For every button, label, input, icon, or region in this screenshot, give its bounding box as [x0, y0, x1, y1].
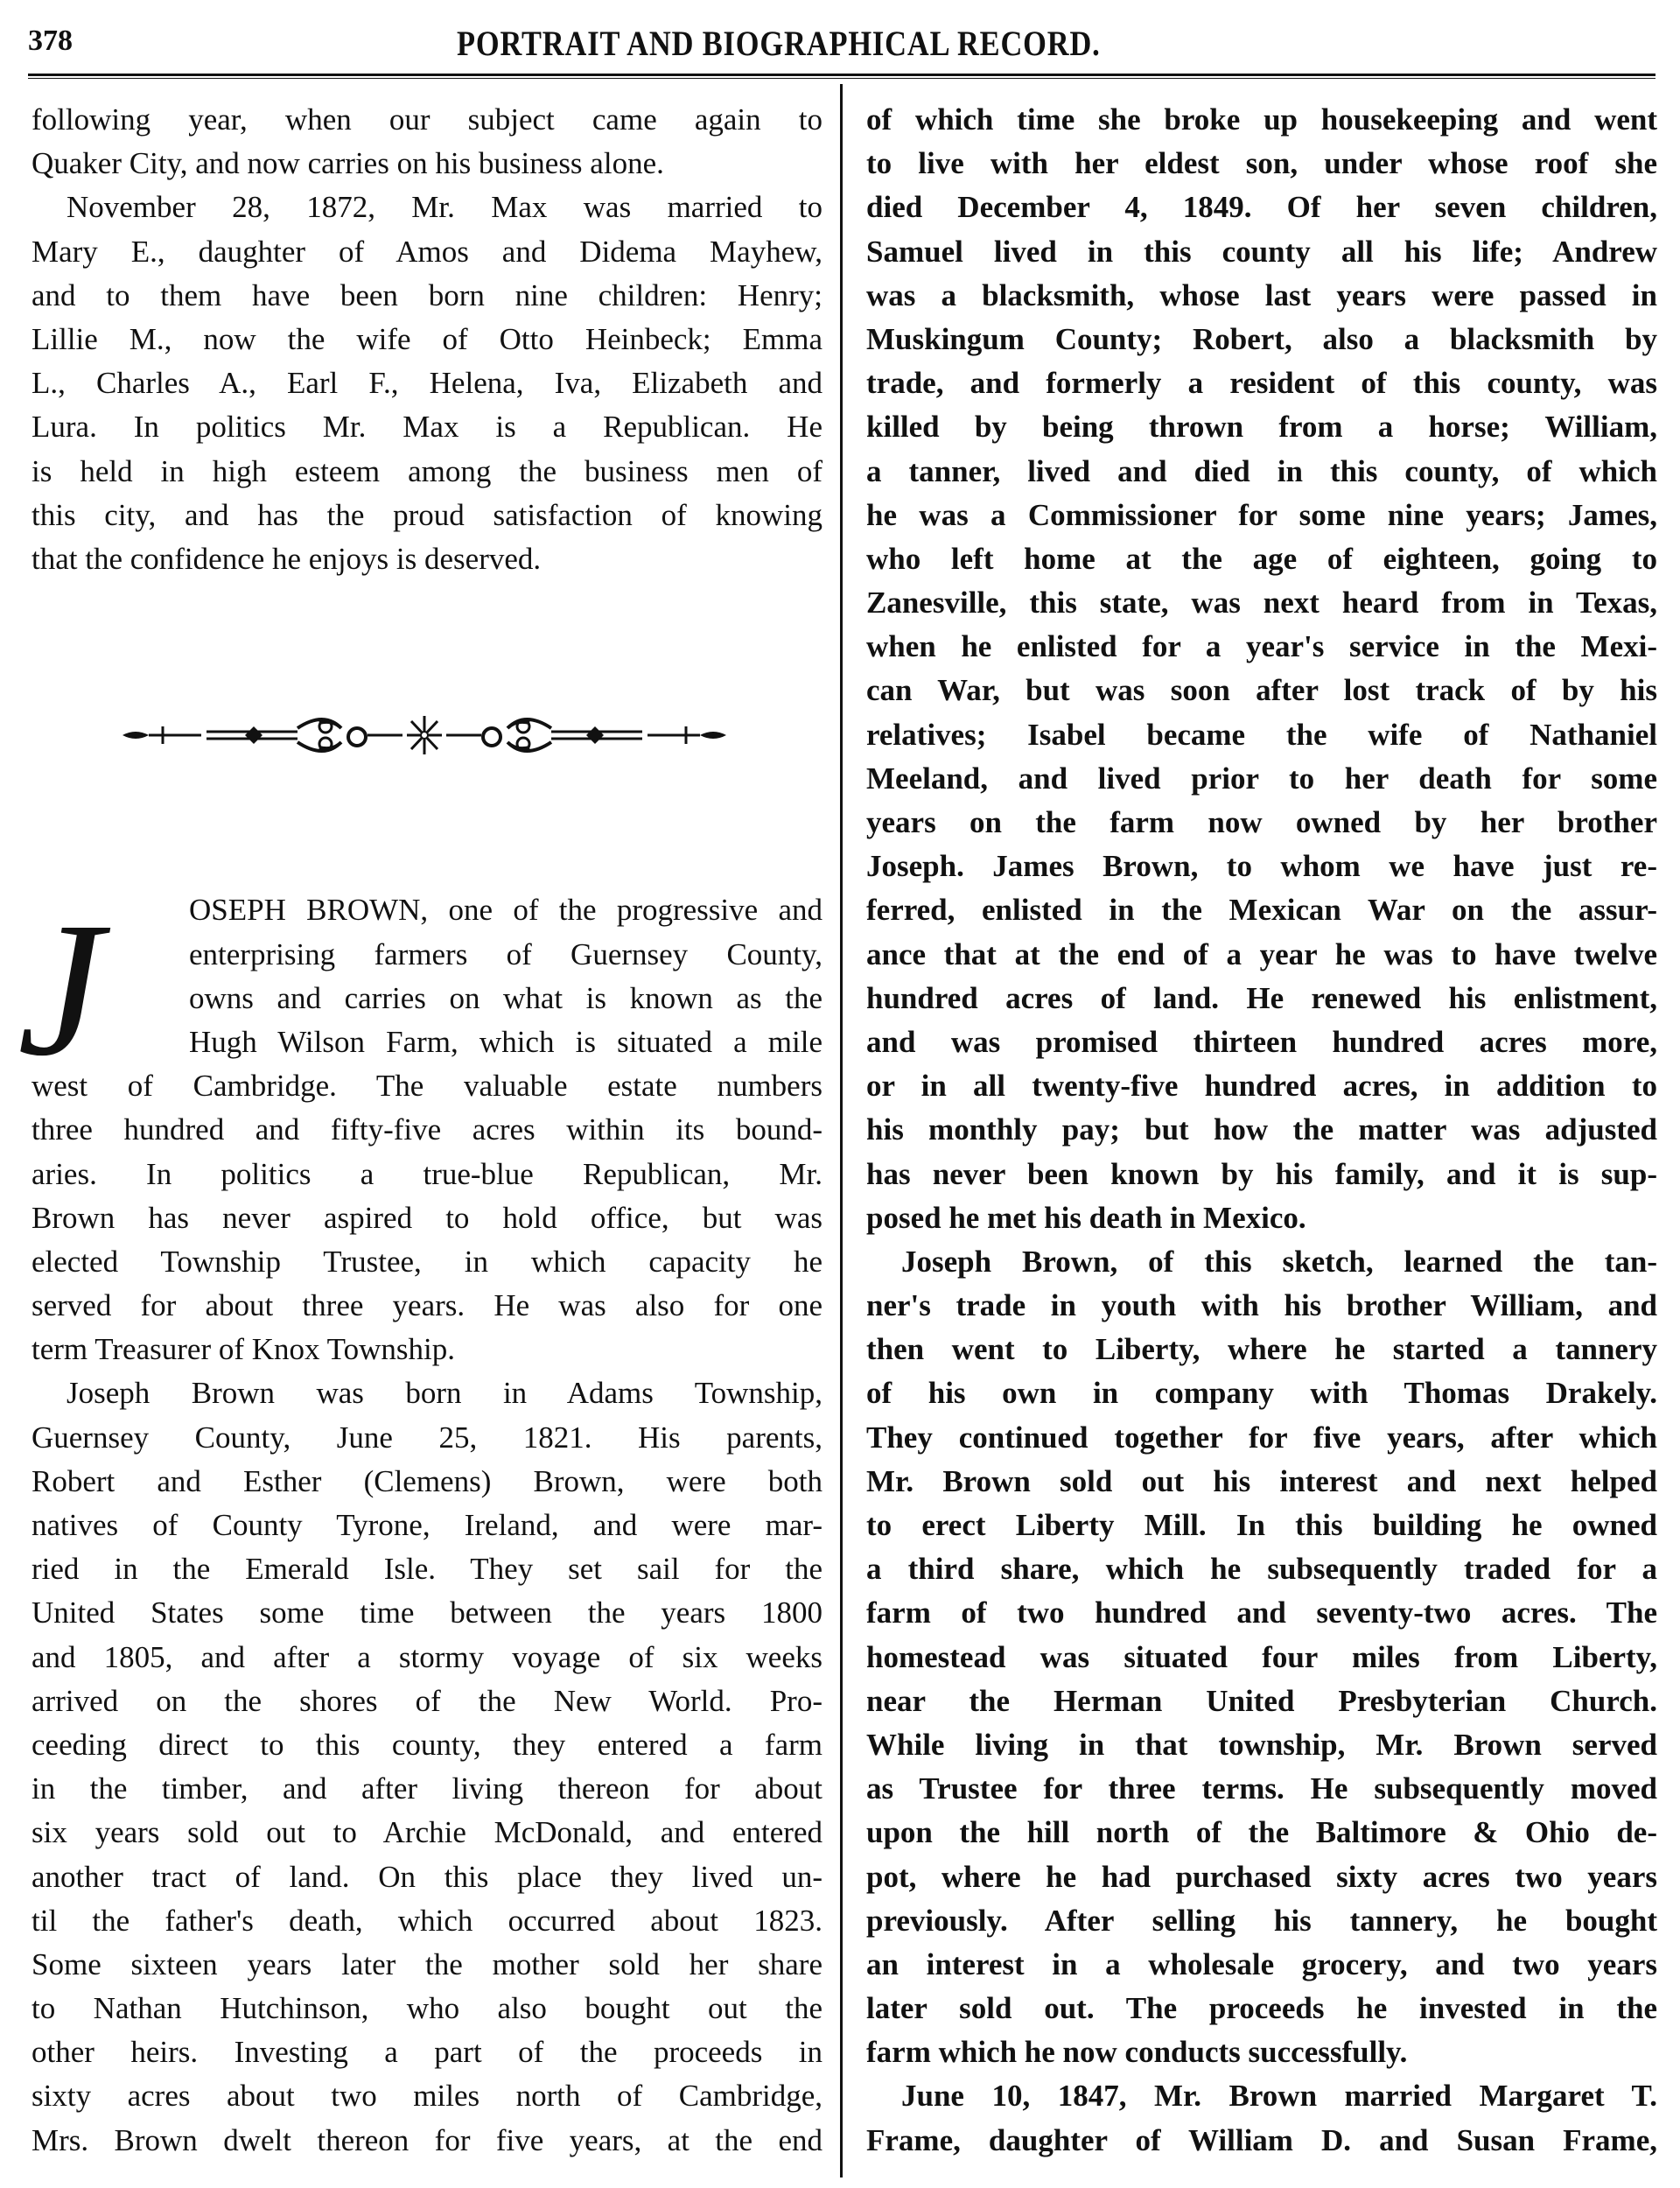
header-rule [28, 74, 1655, 76]
text-line: as Trustee for three terms. He subsequen… [866, 1767, 1657, 1811]
page-header: 378 PORTRAIT AND BIOGRAPHICAL RECORD. [28, 16, 1655, 65]
text-line: west of Cambridge. The valuable estate n… [31, 1064, 822, 1108]
paragraph-children: of which time she broke up housekeeping … [866, 98, 1657, 1240]
text-line: United States some time between the year… [31, 1591, 822, 1635]
text-line: natives of County Tyrone, Ireland, and w… [31, 1504, 822, 1547]
text-line: Brown has never aspired to hold office, … [31, 1196, 822, 1240]
text-line: has never been known by his family, and … [866, 1153, 1657, 1196]
spacer [31, 625, 822, 669]
text-line: he was a Commissioner for some nine year… [866, 494, 1657, 537]
text-line: ner's trade in youth with his brother Wi… [866, 1284, 1657, 1328]
running-title: PORTRAIT AND BIOGRAPHICAL RECORD. [457, 23, 1101, 64]
right-column: of which time she broke up housekeeping … [866, 98, 1657, 2163]
text-line: to live with her eldest son, under whose… [866, 142, 1657, 186]
text-line: L., Charles A., Earl F., Helena, Iva, El… [31, 361, 822, 405]
text-line: June 10, 1847, Mr. Brown married Margare… [866, 2074, 1657, 2118]
text-line: homestead was situated four miles from L… [866, 1636, 1657, 1680]
spacer [31, 801, 822, 845]
text-line: sixty acres about two miles north of Cam… [31, 2074, 822, 2118]
text-line: can War, but was soon after lost track o… [866, 669, 1657, 712]
text-line: or in all twenty-five hundred acres, in … [866, 1064, 1657, 1108]
text-line: til the father's death, which occurred a… [31, 1899, 822, 1943]
text-line: Lura. In politics Mr. Max is a Republica… [31, 405, 822, 449]
text-line: arrived on the shores of the New World. … [31, 1680, 822, 1723]
text-line: six years sold out to Archie McDonald, a… [31, 1811, 822, 1855]
text-line: Guernsey County, June 25, 1821. His pare… [31, 1416, 822, 1460]
text-line: Mr. Brown sold out his interest and next… [866, 1460, 1657, 1504]
spacer [31, 669, 822, 712]
text-line: pot, where he had purchased sixty acres … [866, 1855, 1657, 1899]
text-line: Robert and Esther (Clemens) Brown, were … [31, 1460, 822, 1504]
text-line: Joseph Brown, of this sketch, learned th… [866, 1240, 1657, 1284]
text-line: an interest in a wholesale grocery, and … [866, 1943, 1657, 1987]
text-line: farm which he now conducts successfully. [866, 2030, 1657, 2074]
text-line: November 28, 1872, Mr. Max was married t… [31, 186, 822, 229]
text-line: They continued together for five years, … [866, 1416, 1657, 1460]
text-line: this city, and has the proud satisfactio… [31, 494, 822, 537]
text-line: served for about three years. He was als… [31, 1284, 822, 1328]
text-line: and was promised thirteen hundred acres … [866, 1020, 1657, 1064]
text-line: when he enlisted for a year's service in… [866, 625, 1657, 669]
text-line: ance that at the end of a year he was to… [866, 933, 1657, 977]
text-line: of his own in company with Thomas Drakel… [866, 1371, 1657, 1415]
spacer [31, 581, 822, 625]
text-line: Muskingum County; Robert, also a blacksm… [866, 318, 1657, 361]
page-number: 378 [28, 25, 73, 58]
text-line: and 1805, and after a stormy voyage of s… [31, 1636, 822, 1680]
text-line: term Treasurer of Knox Township. [31, 1328, 822, 1371]
text-line: later sold out. The proceeds he invested… [866, 1987, 1657, 2030]
header-rule-thin [28, 78, 1655, 79]
text-line: Meeland, and lived prior to her death fo… [866, 757, 1657, 801]
paragraph-max-marriage: November 28, 1872, Mr. Max was married t… [31, 186, 822, 581]
paragraph-career: Joseph Brown, of this sketch, learned th… [866, 1240, 1657, 2075]
text-line: OSEPH BROWN, one of the progressive and [31, 888, 822, 932]
text-line: ried in the Emerald Isle. They set sail … [31, 1547, 822, 1591]
text-line: to erect Liberty Mill. In this building … [866, 1504, 1657, 1547]
text-line: that the confidence he enjoys is deserve… [31, 537, 822, 581]
text-line: Mary E., daughter of Amos and Didema May… [31, 230, 822, 274]
text-line: his monthly pay; but how the matter was … [866, 1108, 1657, 1152]
paragraph-marriage: June 10, 1847, Mr. Brown married Margare… [866, 2074, 1657, 2162]
text-line: Samuel lived in this county all his life… [866, 230, 1657, 274]
column-divider [840, 84, 843, 2177]
text-line: trade, and formerly a resident of this c… [866, 361, 1657, 405]
text-line: died December 4, 1849. Of her seven chil… [866, 186, 1657, 229]
spacer [31, 757, 822, 801]
text-line: farm of two hundred and seventy-two acre… [866, 1591, 1657, 1635]
text-line: owns and carries on what is known as the [31, 977, 822, 1020]
text-line: is held in high esteem among the busines… [31, 450, 822, 494]
text-line: Quaker City, and now carries on his busi… [31, 142, 822, 186]
text-line: Mrs. Brown dwelt thereon for five years,… [31, 2119, 822, 2163]
text-line: years on the farm now owned by her broth… [866, 801, 1657, 845]
text-line: elected Township Trustee, in which capac… [31, 1240, 822, 1284]
text-line: posed he met his death in Mexico. [866, 1196, 1657, 1240]
text-line: ceeding direct to this county, they ente… [31, 1723, 822, 1767]
text-line: killed by being thrown from a horse; Wil… [866, 405, 1657, 449]
text-line: While living in that township, Mr. Brown… [866, 1723, 1657, 1767]
text-line: near the Herman United Presbyterian Chur… [866, 1680, 1657, 1723]
text-line: Hugh Wilson Farm, which is situated a mi… [31, 1020, 822, 1064]
paragraph-birth: Joseph Brown was born in Adams Township,… [31, 1371, 822, 2162]
text-line: Zanesville, this state, was next heard f… [866, 581, 1657, 625]
text-line: who left home at the age of eighteen, go… [866, 537, 1657, 581]
left-column: following year, when our subject came ag… [31, 98, 822, 2163]
text-line: to Nathan Hutchinson, who also bought ou… [31, 1987, 822, 2030]
spacer [31, 845, 822, 888]
text-line: was a blacksmith, whose last years were … [866, 274, 1657, 318]
drop-cap-letter: J [17, 893, 103, 1085]
text-line: relatives; Isabel became the wife of Nat… [866, 713, 1657, 757]
text-line: previously. After selling his tannery, h… [866, 1899, 1657, 1943]
paragraph-biography-intro: OSEPH BROWN, one of the progressive and … [31, 888, 822, 1371]
text-line: following year, when our subject came ag… [31, 98, 822, 142]
text-line: ferred, enlisted in the Mexican War on t… [866, 888, 1657, 932]
text-line: Some sixteen years later the mother sold… [31, 1943, 822, 1987]
text-line: of which time she broke up housekeeping … [866, 98, 1657, 142]
paragraph-continuation: following year, when our subject came ag… [31, 98, 822, 186]
text-line: Lillie M., now the wife of Otto Heinbeck… [31, 318, 822, 361]
text-line: Frame, daughter of William D. and Susan … [866, 2119, 1657, 2163]
text-line: other heirs. Investing a part of the pro… [31, 2030, 822, 2074]
text-line: enterprising farmers of Guernsey County, [31, 933, 822, 977]
text-line: Joseph. James Brown, to whom we have jus… [866, 845, 1657, 888]
text-line: then went to Liberty, where he started a… [866, 1328, 1657, 1371]
decorative-divider-icon [122, 711, 726, 760]
text-line: another tract of land. On this place the… [31, 1855, 822, 1899]
text-line: three hundred and fifty-five acres withi… [31, 1108, 822, 1152]
text-line: a tanner, lived and died in this county,… [866, 450, 1657, 494]
text-line: in the timber, and after living thereon … [31, 1767, 822, 1811]
text-line: and to them have been born nine children… [31, 274, 822, 318]
text-line: a third share, which he subsequently tra… [866, 1547, 1657, 1591]
text-line: upon the hill north of the Baltimore & O… [866, 1811, 1657, 1855]
text-line: Joseph Brown was born in Adams Township, [31, 1371, 822, 1415]
text-line: hundred acres of land. He renewed his en… [866, 977, 1657, 1020]
text-line: aries. In politics a true-blue Republica… [31, 1153, 822, 1196]
